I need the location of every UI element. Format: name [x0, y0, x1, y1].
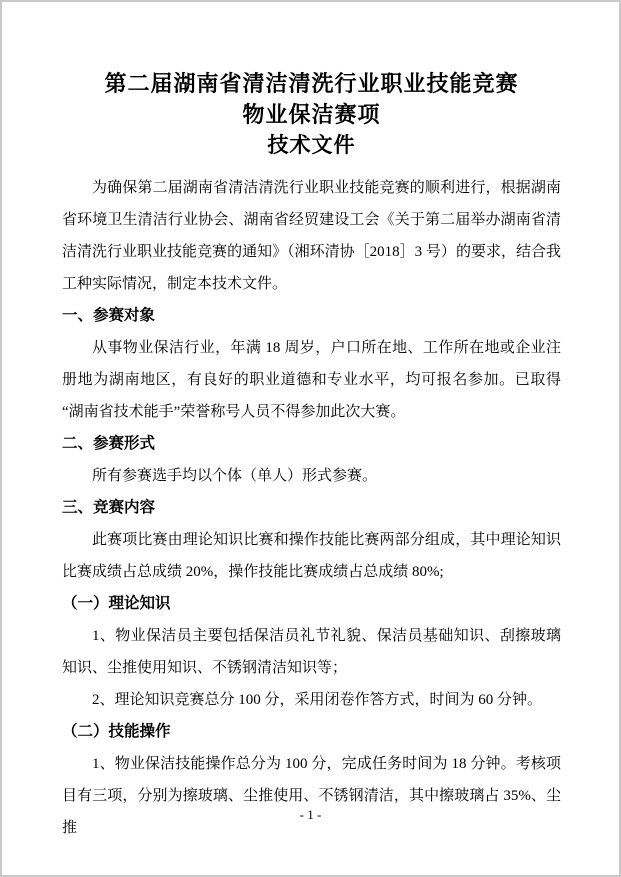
skill-operation-item-1: 1、物业保洁技能操作总分为 100 分，完成任务时间为 18 分钟。考核项目有三… [62, 748, 561, 844]
title-line-event: 物业保洁赛项 [62, 99, 561, 130]
theory-knowledge-item-2: 2、理论知识竞赛总分 100 分，采用闭卷作答方式，时间为 60 分钟。 [62, 684, 561, 716]
document-title: 第二届湖南省清洁清洗行业职业技能竞赛 物业保洁赛项 技术文件 [62, 68, 561, 161]
subsection-heading-skill-operation: （二）技能操作 [62, 716, 561, 748]
subsection-heading-theory-knowledge: （一）理论知识 [62, 588, 561, 620]
entry-format-paragraph: 所有参赛选手均以个体（单人）形式参赛。 [62, 460, 561, 492]
intro-paragraph: 为确保第二届湖南省清洁清洗行业职业技能竞赛的顺利进行，根据湖南省环境卫生清洁行业… [62, 172, 561, 300]
title-line-competition: 第二届湖南省清洁清洗行业职业技能竞赛 [62, 68, 561, 99]
section-heading-participants: 一、参赛对象 [62, 300, 561, 332]
title-line-doctype: 技术文件 [62, 130, 561, 161]
document-page: 第二届湖南省清洁清洗行业职业技能竞赛 物业保洁赛项 技术文件 为确保第二届湖南省… [0, 0, 621, 877]
participants-paragraph: 从事物业保洁行业，年满 18 周岁，户口所在地、工作所在地或企业注册地为湖南地区… [62, 332, 561, 428]
page-number: - 1 - [2, 806, 619, 824]
section-heading-competition-content: 三、竞赛内容 [62, 492, 561, 524]
section-heading-entry-format: 二、参赛形式 [62, 428, 561, 460]
theory-knowledge-item-1: 1、物业保洁员主要包括保洁员礼节礼貌、保洁员基础知识、刮擦玻璃知识、尘推使用知识… [62, 620, 561, 684]
competition-content-paragraph: 此赛项比赛由理论知识比赛和操作技能比赛两部分组成，其中理论知识比赛成绩占总成绩 … [62, 524, 561, 588]
